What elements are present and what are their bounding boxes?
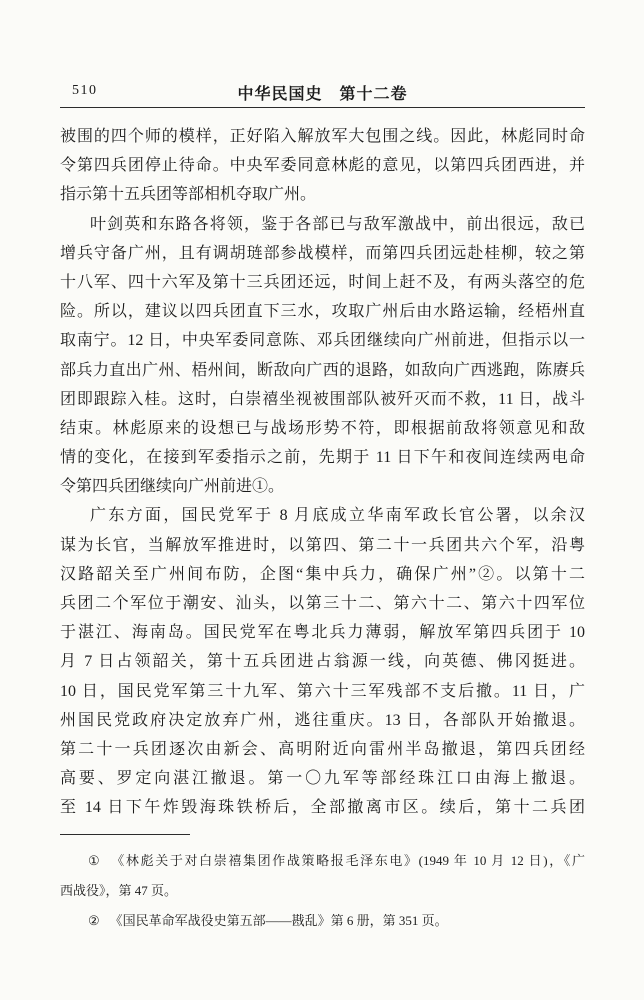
running-header: 510 中华民国史 第十二卷: [60, 80, 585, 102]
body-line: 于湛江、海南岛。国民党军在粤北兵力薄弱，解放军第四兵团于 10: [60, 618, 585, 647]
body-line: 增兵守备广州，且有调胡琏部参战模样，而第四兵团远赴桂柳，较之第: [60, 239, 585, 268]
footnote-line: 西战役》，第 47 页。: [60, 876, 585, 906]
body-line: 州国民党政府决定放弃广州，逃往重庆。13 日，各部队开始撤退。: [60, 706, 585, 735]
page-number: 510: [72, 83, 98, 99]
body-line: 情的变化，在接到军委指示之前，先期于 11 日下午和夜间连续两电命: [60, 443, 585, 472]
book-page: 510 中华民国史 第十二卷 被围的四个师的模样，正好陷入解放军大包围之线。因此…: [0, 0, 644, 1000]
body-line: 叶剑英和东路各将领，鉴于各部已与敌军激战中，前出很远，敌已: [60, 210, 585, 239]
body-line: 月 7 日占领韶关，第十五兵团进占翁源一线，向英德、佛冈挺进。: [60, 647, 585, 676]
body-line: 令第四兵团继续向广州前进①。: [60, 472, 585, 501]
body-line: 指示第十五兵团等部相机夺取广州。: [60, 180, 585, 209]
body-line: 第二十一兵团逐次由新会、高明附近向雷州半岛撤退，第四兵团经: [60, 735, 585, 764]
body-line: 广东方面，国民党军于 8 月底成立华南军政长官公署，以余汉: [60, 501, 585, 530]
body-line: 部兵力直出广州、梧州间，断敌向广西的退路，如敌向广西逃跑，陈赓兵: [60, 356, 585, 385]
footnote-item: ①《林彪关于对白崇禧集团作战策略报毛泽东电》(1949 年 10 月 12 日)…: [60, 846, 585, 906]
body-line: 高要、罗定向湛江撤退。第一〇九军等部经珠江口由海上撤退。: [60, 764, 585, 793]
footnote-text: 《国民革命军战役史第五部——戡乱》第 6 册，第 351 页。: [110, 913, 448, 928]
footnote-text: 《林彪关于对白崇禧集团作战策略报毛泽东电》(1949 年 10 月 12 日)，…: [111, 853, 585, 868]
paragraph: 叶剑英和东路各将领，鉴于各部已与敌军激战中，前出很远，敌已 增兵守备广州，且有调…: [60, 210, 585, 502]
body-line: 至 14 日下午炸毁海珠铁桥后，全部撤离市区。续后，第十二兵团: [60, 793, 585, 822]
body-line: 令第四兵团停止待命。中央军委同意林彪的意见，以第四兵团西进，并: [60, 151, 585, 180]
paragraph: 广东方面，国民党军于 8 月底成立华南军政长官公署，以余汉 谋为长官，当解放军推…: [60, 501, 585, 822]
footnote-marker: ②: [88, 913, 100, 928]
body-line: 被围的四个师的模样，正好陷入解放军大包围之线。因此，林彪同时命: [60, 122, 585, 151]
body-line: 团即跟踪入桂。这时，白崇禧坐视被围部队被歼灭而不救，11 日，战斗: [60, 385, 585, 414]
body-line: 谋为长官，当解放军推进时，以第四、第二十一兵团共六个军，沿粤: [60, 531, 585, 560]
footnote-line: ②《国民革命军战役史第五部——戡乱》第 6 册，第 351 页。: [60, 906, 585, 936]
body-line: 结束。林彪原来的设想已与战场形势不符，即根据前敌将领意见和敌: [60, 414, 585, 443]
body-text: 被围的四个师的模样，正好陷入解放军大包围之线。因此，林彪同时命 令第四兵团停止待…: [60, 122, 585, 823]
footnote-item: ②《国民革命军战役史第五部——戡乱》第 6 册，第 351 页。: [60, 906, 585, 936]
book-title: 中华民国史 第十二卷: [60, 80, 585, 104]
footnote-marker: ①: [88, 853, 101, 868]
body-line: 10 日，国民党军第三十九军、第六十三军残部不支后撤。11 日，广: [60, 677, 585, 706]
body-line: 取南宁。12 日，中央军委同意陈、邓兵团继续向广州前进，但指示以一: [60, 326, 585, 355]
footnote-separator: [60, 834, 190, 835]
footnote-line: ①《林彪关于对白崇禧集团作战策略报毛泽东电》(1949 年 10 月 12 日)…: [60, 846, 585, 876]
body-line: 险。所以，建议以四兵团直下三水，攻取广州后由水路运输，经梧州直: [60, 297, 585, 326]
body-line: 兵团二个军位于潮安、汕头，以第三十二、第六十二、第六十四军位: [60, 589, 585, 618]
body-line: 汉路韶关至广州间布防，企图“集中兵力，确保广州”②。以第十二: [60, 560, 585, 589]
paragraph: 被围的四个师的模样，正好陷入解放军大包围之线。因此，林彪同时命 令第四兵团停止待…: [60, 122, 585, 210]
body-line: 十八军、四十六军及第十三兵团还远，时间上赶不及，有两头落空的危: [60, 268, 585, 297]
footnotes: ①《林彪关于对白崇禧集团作战策略报毛泽东电》(1949 年 10 月 12 日)…: [60, 846, 585, 936]
page-content: 510 中华民国史 第十二卷 被围的四个师的模样，正好陷入解放军大包围之线。因此…: [60, 80, 585, 936]
header-rule: [60, 107, 585, 108]
